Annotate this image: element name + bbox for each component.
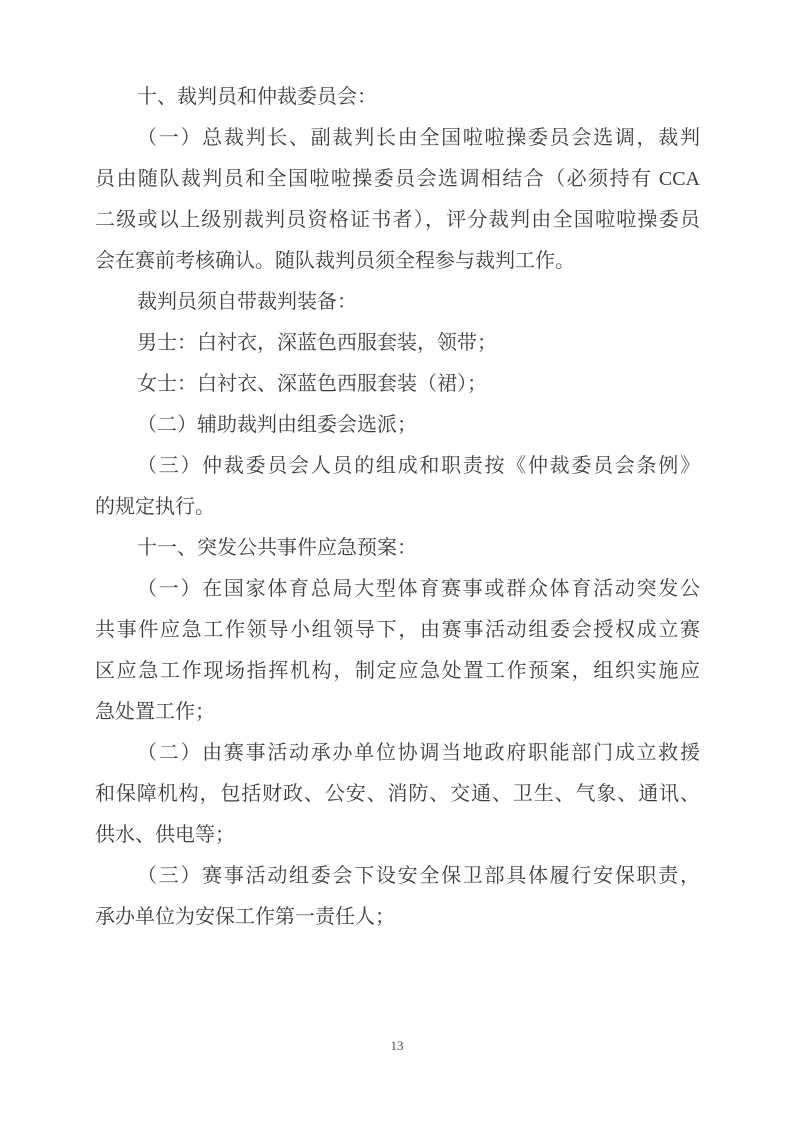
text-line: 的规定执行。 xyxy=(95,487,700,528)
text-line: 和保障机构，包括财政、公安、消防、交通、卫生、气象、通讯、 xyxy=(95,774,700,815)
text-line: （二）由赛事活动承办单位协调当地政府职能部门成立救援 xyxy=(95,733,700,774)
text-line: 会在赛前考核确认。随队裁判员须全程参与裁判工作。 xyxy=(95,241,700,282)
text-line: 女士：白衬衣、深蓝色西服套装（裙）； xyxy=(95,364,700,405)
text-line: （三）仲裁委员会人员的组成和职责按《仲裁委员会条例》 xyxy=(95,446,700,487)
text-line: 裁判员须自带裁判装备： xyxy=(95,282,700,323)
text-line: （二）辅助裁判由组委会选派； xyxy=(95,405,700,446)
text-line: 员由随队裁判员和全国啦啦操委员会选调相结合（必须持有 CCA xyxy=(95,159,700,200)
text-line: 十、裁判员和仲裁委员会： xyxy=(95,77,700,118)
text-line: （一）在国家体育总局大型体育赛事或群众体育活动突发公 xyxy=(95,569,700,610)
text-line: 共事件应急工作领导小组领导下，由赛事活动组委会授权成立赛 xyxy=(95,610,700,651)
document-page: 十、裁判员和仲裁委员会： （一）总裁判长、副裁判长由全国啦啦操委员会选调，裁判 … xyxy=(0,0,794,1123)
text-line: （三）赛事活动组委会下设安全保卫部具体履行安保职责， xyxy=(95,856,700,897)
text-line: 区应急工作现场指挥机构，制定应急处置工作预案，组织实施应 xyxy=(95,651,700,692)
text-line: （一）总裁判长、副裁判长由全国啦啦操委员会选调，裁判 xyxy=(95,118,700,159)
text-line: 承办单位为安保工作第一责任人； xyxy=(95,897,700,938)
text-line: 急处置工作； xyxy=(95,692,700,733)
text-line: 二级或以上级别裁判员资格证书者），评分裁判由全国啦啦操委员 xyxy=(95,200,700,241)
text-line: 供水、供电等； xyxy=(95,815,700,856)
text-line: 十一、突发公共事件应急预案： xyxy=(95,528,700,569)
page-number: 13 xyxy=(0,1038,794,1054)
text-line: 男士：白衬衣，深蓝色西服套装，领带； xyxy=(95,323,700,364)
document-body: 十、裁判员和仲裁委员会： （一）总裁判长、副裁判长由全国啦啦操委员会选调，裁判 … xyxy=(95,77,700,938)
